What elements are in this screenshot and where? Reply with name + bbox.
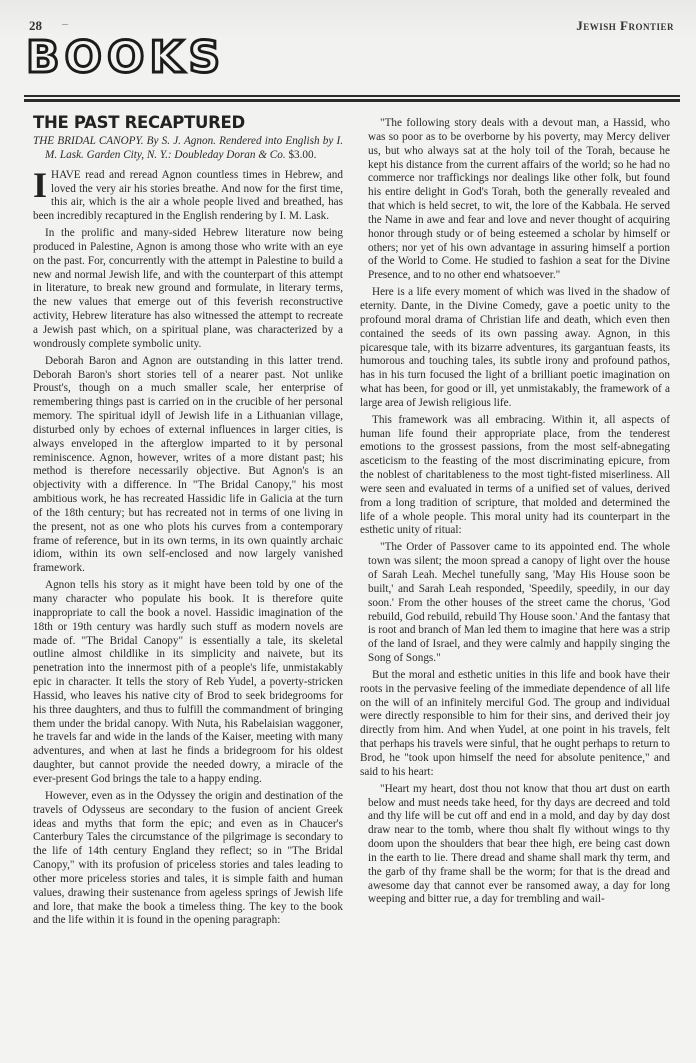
magazine-page: 28 – Jewish Frontier BOOKS THE PAST RECA…: [0, 0, 696, 1063]
block-quote: "The following story deals with a devout…: [368, 117, 670, 283]
body-paragraph: This framework was all embracing. Within…: [360, 414, 670, 539]
section-title: BOOKS: [26, 36, 225, 80]
block-quote: "The Order of Passover came to its appoi…: [368, 541, 670, 666]
book-price: $3.00.: [288, 149, 316, 161]
body-paragraph: Here is a life every moment of which was…: [360, 286, 670, 411]
body-paragraph: I HAVE read and reread Agnon countless t…: [33, 169, 343, 224]
body-paragraph: But the moral and esthetic unities in th…: [360, 669, 670, 780]
body-paragraph: However, even as in the Odyssey the orig…: [33, 790, 343, 928]
drop-cap: I: [33, 171, 47, 199]
right-column: "The following story deals with a devout…: [360, 117, 670, 910]
publication-running-head: Jewish Frontier: [576, 18, 674, 34]
block-quote: "Heart my heart, dost thou not know that…: [368, 783, 670, 908]
folio-dash: –: [62, 16, 68, 31]
body-paragraph: Agnon tells his story as it might have b…: [33, 579, 343, 787]
section-rule-thick: [24, 99, 680, 102]
left-column: THE PAST RECAPTURED THE BRIDAL CANOPY. B…: [33, 114, 343, 931]
section-rule-thin: [24, 95, 680, 97]
article-title: THE PAST RECAPTURED: [33, 114, 343, 132]
body-paragraph: Deborah Baron and Agnon are outstanding …: [33, 355, 343, 577]
book-citation: THE BRIDAL CANOPY. By S. J. Agnon. Rende…: [33, 135, 343, 163]
body-paragraph: In the prolific and many-sided Hebrew li…: [33, 227, 343, 352]
